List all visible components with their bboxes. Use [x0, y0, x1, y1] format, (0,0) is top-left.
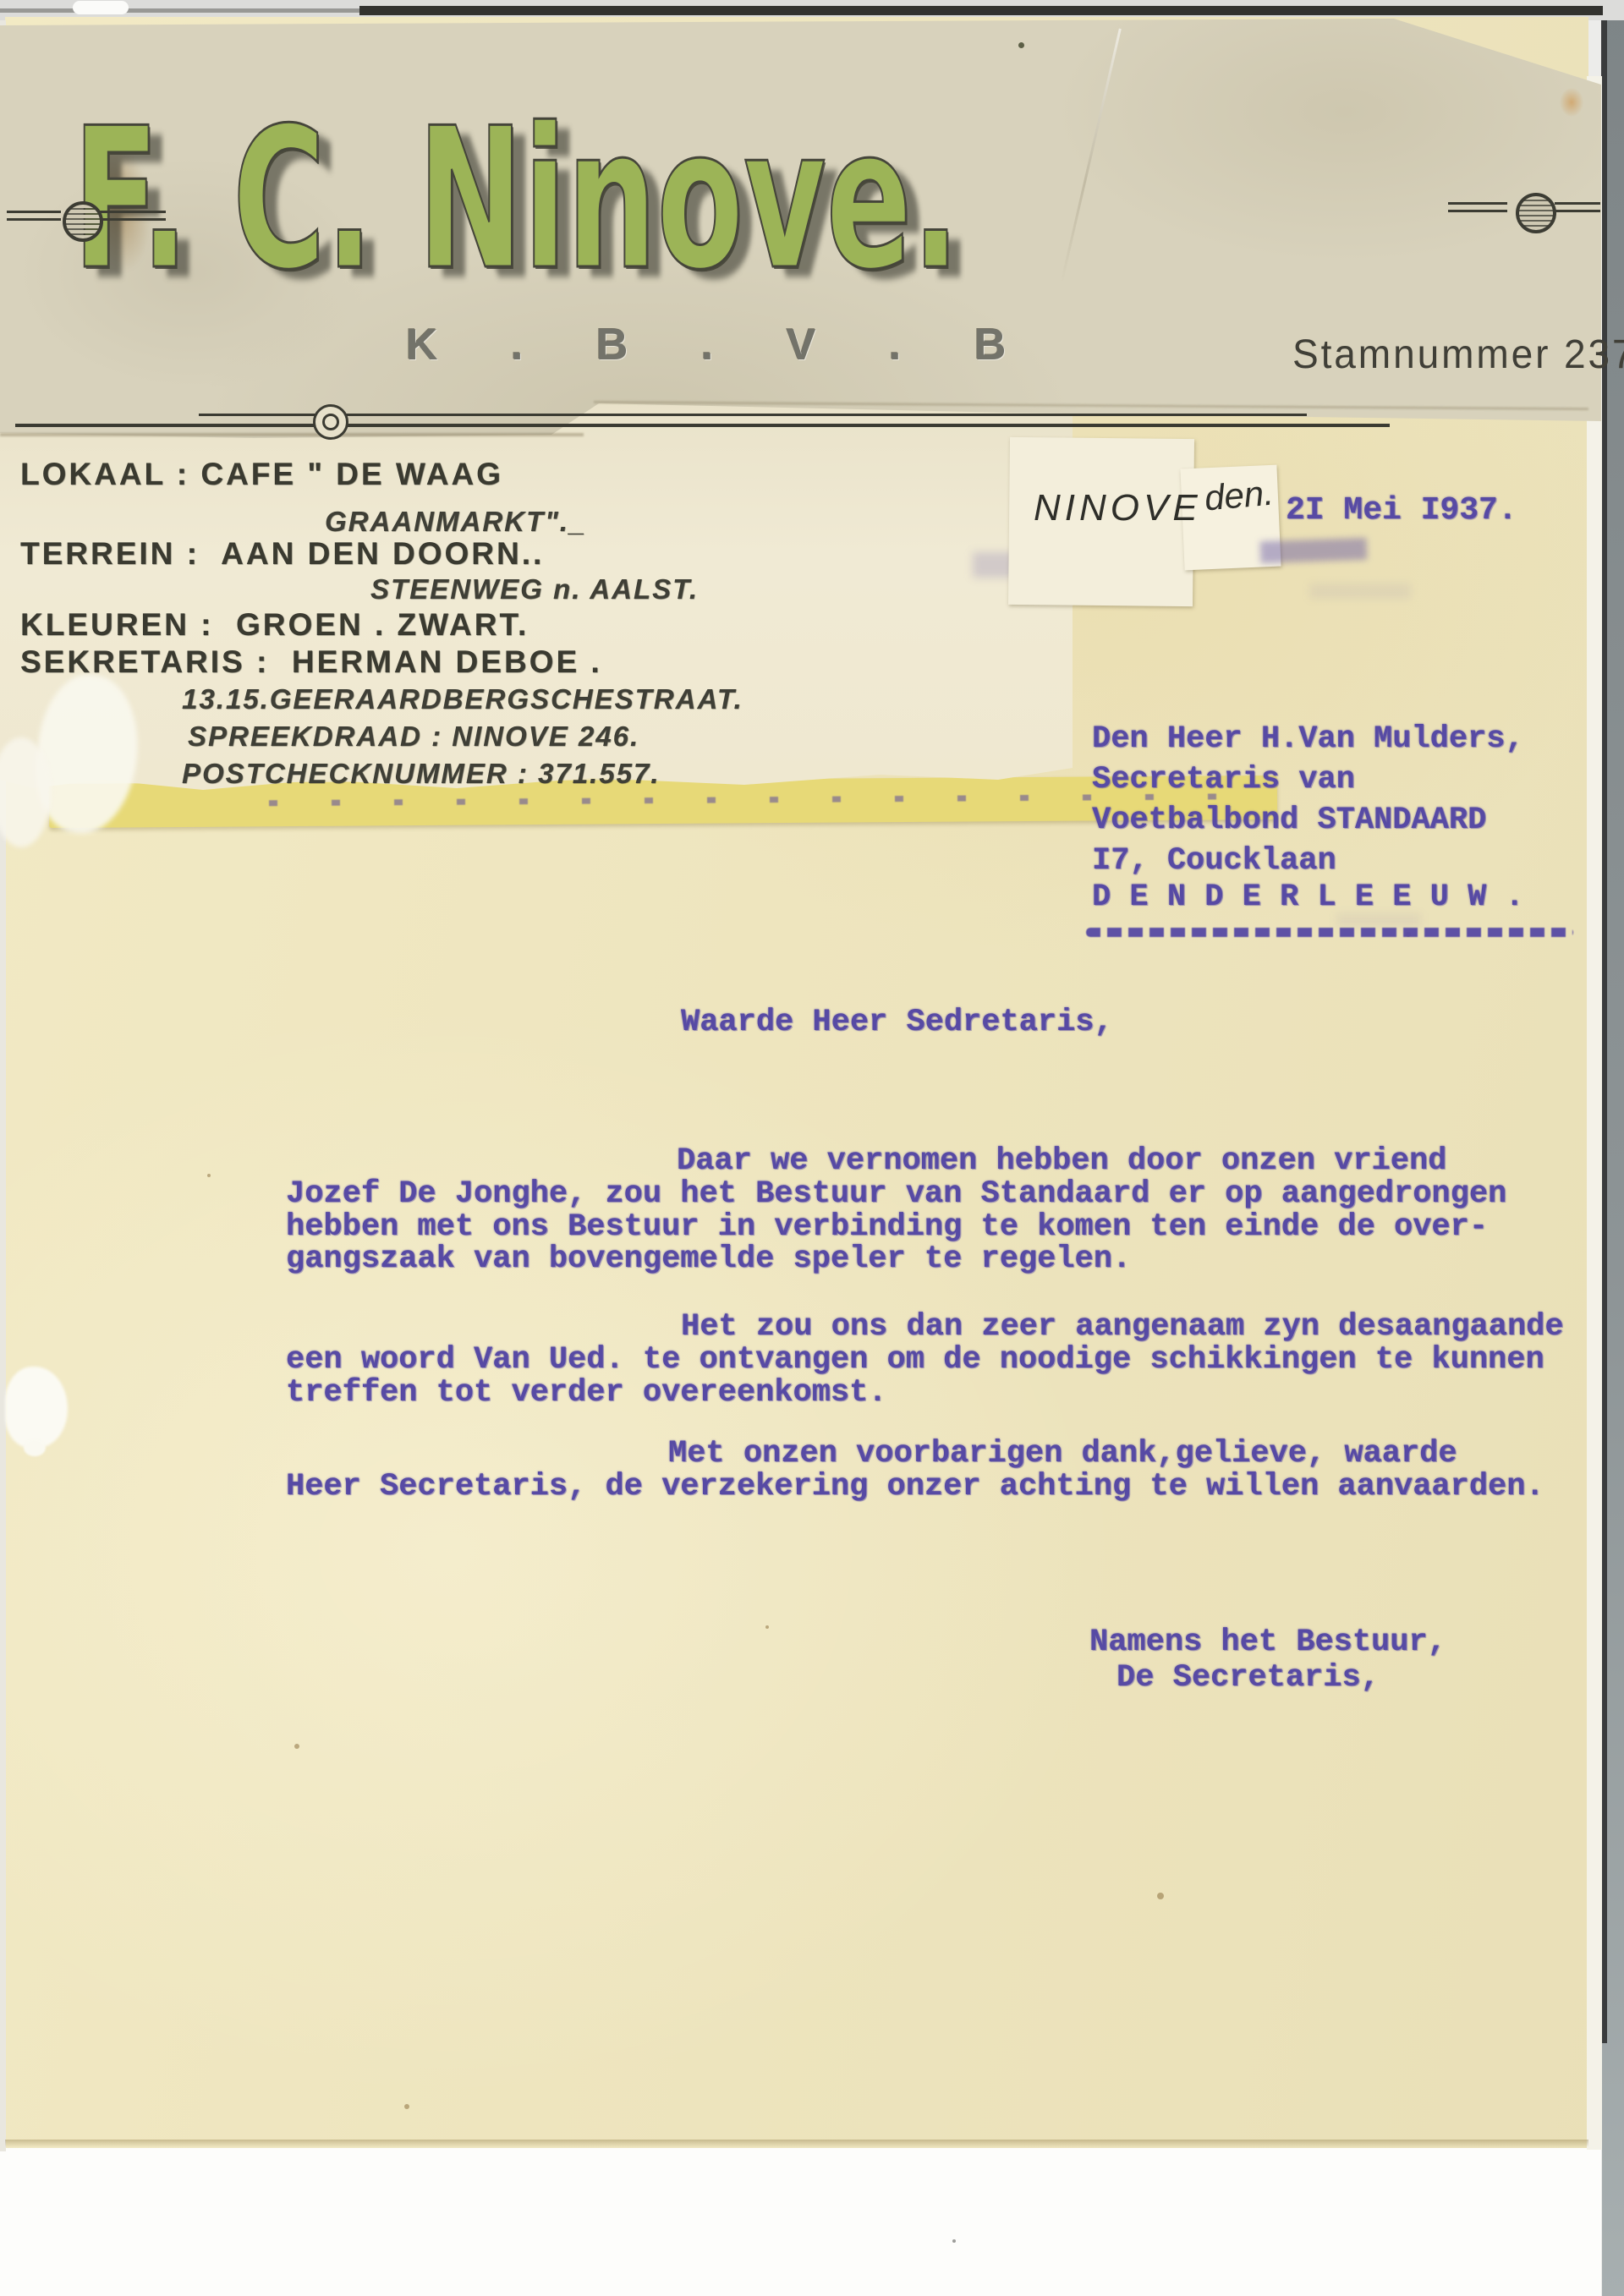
closing-line: De Secretaris, — [1116, 1660, 1380, 1696]
paper-chip — [5, 1367, 68, 1448]
info-line-kleuren: KLEUREN : GROEN . ZWART. — [20, 607, 529, 643]
divider-line-bottom — [15, 424, 1390, 427]
salutation: Waarde Heer Sedretaris, — [681, 1005, 1113, 1040]
right-ornament-line — [1555, 202, 1600, 205]
speck — [765, 1625, 769, 1629]
federation-text: K . B . V . B — [406, 320, 1036, 370]
dateline-date: 2I Mei I937. — [1286, 492, 1517, 529]
scanned-letter-page: { "colors": { "paper_yellow": "#f1e8c0",… — [0, 0, 1624, 2296]
letterhead-edge-shadow — [0, 433, 584, 436]
club-logo: F. C. Ninove. F. C. Ninove. — [73, 103, 1130, 332]
speck — [207, 1174, 211, 1177]
info-line-steenweg: STEENWEG n. AALST. — [370, 573, 699, 606]
paper-chip — [24, 1439, 46, 1456]
letter-line: treffen tot verder overeenkomst. — [286, 1375, 887, 1411]
scanner-top-line-grey — [0, 8, 359, 13]
recipient-dashed-rule — [1086, 928, 1573, 937]
info-line-sekretaris: SEKRETARIS : HERMAN DEBOE . — [20, 644, 602, 680]
stamnummer-text: Stamnummer 237 — [1292, 332, 1624, 378]
paper-edge-bottom-shadow — [5, 2140, 1588, 2147]
letter-line: gangszaak van bovengemelde speler te reg… — [286, 1241, 1131, 1277]
left-ornament-line — [7, 211, 61, 213]
ink-smudge — [1260, 538, 1368, 563]
dateline-den: den. — [1203, 473, 1276, 519]
letter-line: Jozef De Jonghe, zou het Bestuur van Sta… — [286, 1176, 1506, 1212]
speck — [1018, 42, 1024, 48]
info-line-spreekdraad: SPREEKDRAAD : NINOVE 246. — [188, 721, 639, 753]
bleed-dots — [269, 793, 1233, 806]
closing-line: Namens het Bestuur, — [1089, 1625, 1446, 1660]
scanner-top-line — [359, 6, 1603, 15]
letter-line: Het zou ons dan zeer aangenaam zyn desaa… — [681, 1309, 1564, 1345]
stain — [1560, 88, 1583, 117]
right-ornament-line — [1448, 202, 1507, 205]
left-ornament-line — [100, 211, 166, 213]
letter-line: hebben met ons Bestuur in verbinding te … — [286, 1209, 1488, 1245]
letter-line: een woord Van Ued. te ontvangen om de no… — [286, 1342, 1544, 1378]
club-logo-text: F. C. Ninove. — [73, 103, 960, 298]
info-line-graanmarkt: GRAANMARKT"._ — [325, 506, 586, 538]
recipient-line: I7, Coucklaan — [1092, 843, 1336, 879]
recipient-line: D E N D E R L E E U W . — [1092, 879, 1524, 915]
ink-bleed-smudge — [1309, 584, 1411, 599]
divider-line-top — [199, 414, 1307, 416]
left-ornament-icon — [63, 201, 103, 242]
recipient-line: Voetbalbond STANDAARD — [1092, 803, 1486, 838]
info-line-terrein: TERREIN : AAN DEN DOORN.. — [20, 536, 544, 572]
letter-line: Heer Secretaris, de verzekering onzer ac… — [286, 1469, 1544, 1504]
speck — [404, 2104, 409, 2109]
scanner-edge-right-dark — [1601, 14, 1607, 2043]
right-ornament-icon — [1516, 193, 1556, 233]
info-line-straat: 13.15.GEERAARDBERGSCHESTRAAT. — [182, 683, 743, 715]
scanner-bed-bottom — [0, 2146, 1601, 2296]
letter-line: Met onzen voorbarigen dank,gelieve, waar… — [668, 1436, 1457, 1471]
speck — [952, 2239, 956, 2243]
letter-line: Daar we vernomen hebben door onzen vrien… — [677, 1143, 1446, 1179]
info-line-lokaal: LOKAAL : CAFE " DE WAAG — [20, 457, 503, 492]
speck — [1157, 1893, 1164, 1899]
recipient-line: Den Heer H.Van Mulders, — [1092, 721, 1524, 757]
divider-ring-icon — [313, 404, 348, 440]
speck — [294, 1744, 299, 1749]
info-line-postcheck: POSTCHECKNUMMER : 371.557. — [182, 758, 660, 790]
dateline-place: NINOVE — [1034, 487, 1202, 529]
recipient-line: Secretaris van — [1092, 762, 1355, 797]
scanner-top-highlight — [73, 1, 129, 14]
ink-bleed-smudge — [1336, 913, 1421, 927]
